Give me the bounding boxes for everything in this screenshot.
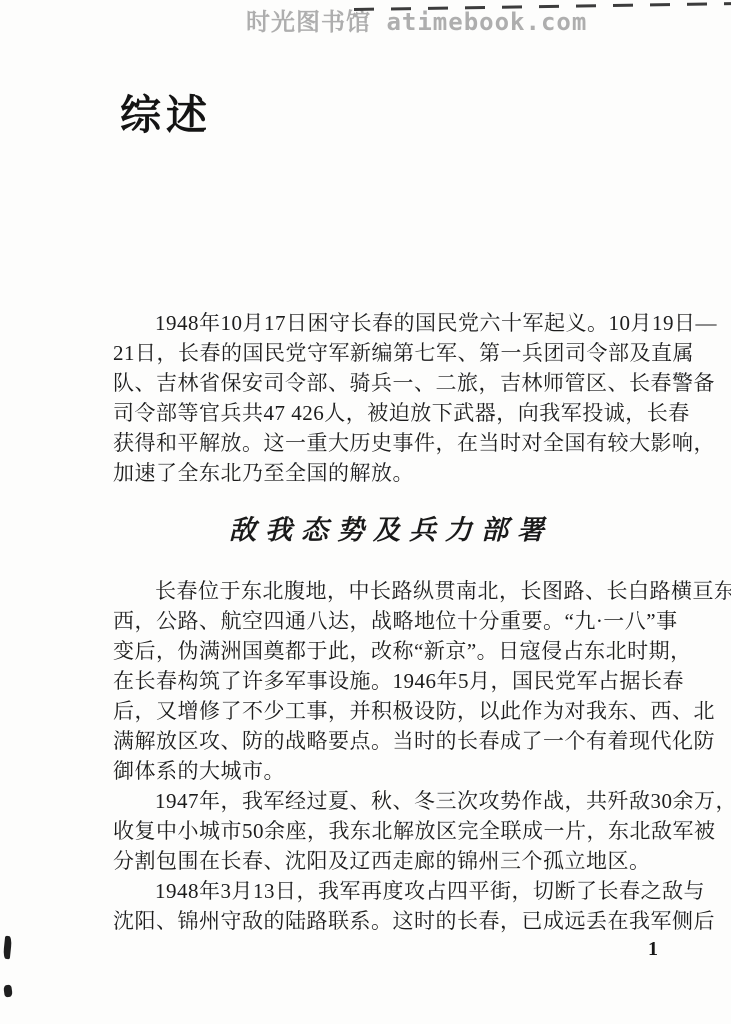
- text-line: 后，又增修了不少工事，并积极设防，以此作为对我东、西、北: [113, 696, 669, 726]
- text-line: 御体系的大城市。: [113, 756, 669, 786]
- text-line: 1947年，我军经过夏、秋、冬三次攻势作战，共歼敌30余万，: [113, 786, 669, 816]
- text-line: 长春位于东北腹地，中长路纵贯南北，长图路、长白路横亘东: [113, 576, 669, 606]
- text-line: 1948年10月17日困守长春的国民党六十军起义。10月19日—: [113, 308, 669, 338]
- scan-artifact-mark: [3, 936, 12, 960]
- text-line: 满解放区攻、防的战略要点。当时的长春成了一个有着现代化防: [113, 726, 669, 756]
- text-line: 变后，伪满洲国奠都于此，改称“新京”。日寇侵占东北时期，: [113, 636, 669, 666]
- paragraph-1: 1948年10月17日困守长春的国民党六十军起义。10月19日— 21日，长春的…: [113, 308, 669, 488]
- paragraph-2: 长春位于东北腹地，中长路纵贯南北，长图路、长白路横亘东 西，公路、航空四通八达，…: [113, 576, 669, 786]
- scan-artifact-mark: [3, 985, 13, 998]
- text-line: 在长春构筑了许多军事设施。1946年5月，国民党军占据长春: [113, 666, 669, 696]
- section-heading: 敌我态势及兵力部署: [113, 508, 669, 547]
- chapter-title: 综述: [120, 82, 212, 141]
- text-line: 1948年3月13日，我军再度攻占四平街，切断了长春之敌与: [113, 876, 669, 906]
- page-number: 1: [648, 938, 658, 961]
- paragraph-4: 1948年3月13日，我军再度攻占四平街，切断了长春之敌与 沈阳、锦州守敌的陆路…: [113, 876, 669, 936]
- book-page: 时光图书馆 atimebook.com 综述 1948年10月17日困守长春的国…: [0, 0, 731, 1024]
- text-line: 21日，长春的国民党守军新编第七军、第一兵团司令部及直属: [113, 338, 669, 368]
- text-line: 队、吉林省保安司令部、骑兵一、二旅，吉林师管区、长春警备: [113, 368, 669, 398]
- text-line: 加速了全东北乃至全国的解放。: [113, 458, 669, 488]
- paragraph-3: 1947年，我军经过夏、秋、冬三次攻势作战，共歼敌30余万， 收复中小城市50余…: [113, 786, 669, 876]
- text-line: 司令部等官兵共47 426人，被迫放下武器，向我军投诚，长春: [113, 398, 669, 428]
- text-line: 获得和平解放。这一重大历史事件，在当时对全国有较大影响，: [113, 428, 669, 458]
- text-line: 分割包围在长春、沈阳及辽西走廊的锦州三个孤立地区。: [113, 846, 669, 876]
- text-line: 沈阳、锦州守敌的陆路联系。这时的长春，已成远丢在我军侧后: [113, 906, 669, 936]
- text-line: 收复中小城市50余座，我东北解放区完全联成一片，东北敌军被: [113, 816, 669, 846]
- text-line: 西，公路、航空四通八达，战略地位十分重要。“九·一八”事: [113, 606, 669, 636]
